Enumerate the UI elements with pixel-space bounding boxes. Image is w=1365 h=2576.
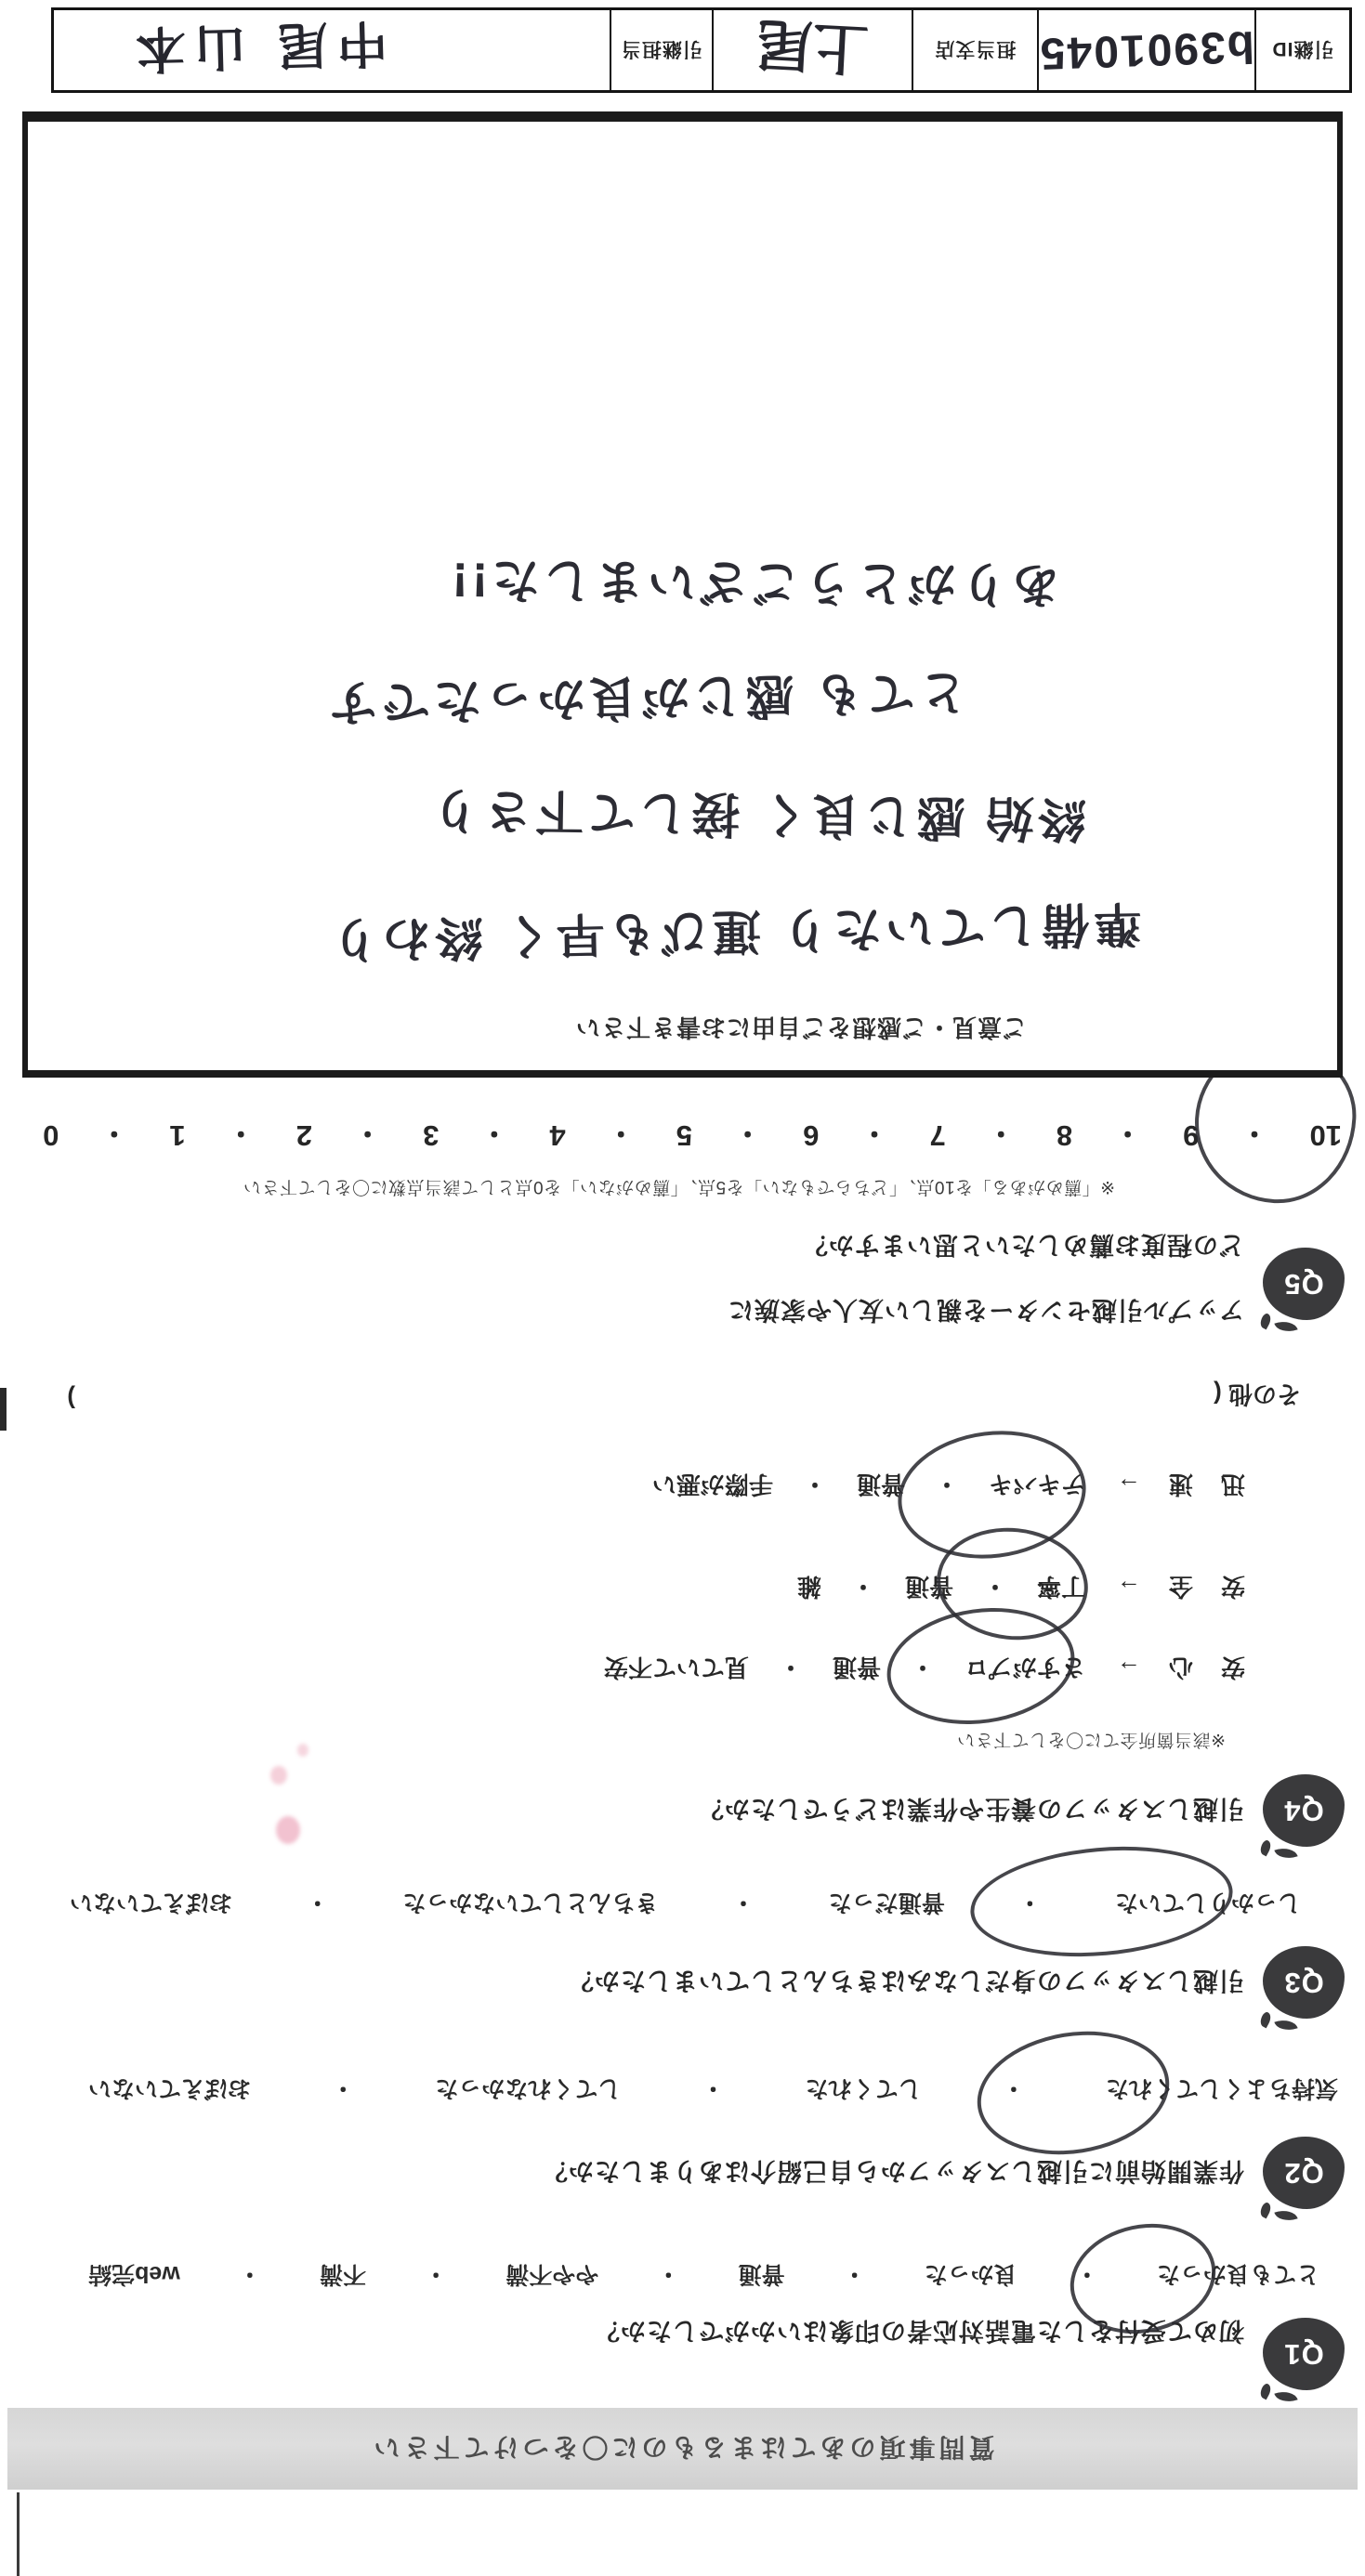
dot-separator: ・ [803, 1469, 827, 1503]
scan-artifact-dash [0, 1388, 7, 1431]
scale-7: 7 [929, 1119, 945, 1153]
dot-separator: ・ [332, 2073, 355, 2107]
instruction-text: 質問事項のあてはまるものに〇をつけて下さい [371, 2430, 995, 2467]
branch-label: 担当支店 [934, 36, 1016, 64]
q1-option-2: 普通 [738, 2259, 784, 2293]
q1-badge: Q1 [1263, 2318, 1345, 2390]
dot-separator: ・ [732, 1888, 755, 1921]
q2-option-1: してくれた [806, 2073, 922, 2107]
branch-handwritten: 上尾 [755, 7, 870, 93]
q4-row-anshin-option-2: 見ていて不安 [604, 1652, 749, 1686]
handover-id-label-cell: 引継ID [1256, 10, 1349, 90]
q2-option-3: おぼえていない [88, 2073, 251, 2107]
arrow-icon: → [1117, 1574, 1141, 1602]
q3-option-3: おぼえていない [70, 1888, 232, 1921]
dot-separator: ・ [851, 1571, 875, 1605]
scale-3: 3 [423, 1119, 439, 1153]
dot-separator: ・ [843, 2259, 866, 2293]
scale-1: 1 [169, 1119, 185, 1153]
pink-smudge [276, 1816, 300, 1844]
dot-separator: ・ [353, 1115, 382, 1157]
q2-option-2: してくれなかった [435, 2073, 621, 2107]
scale-0: 0 [43, 1119, 59, 1153]
scan-artifact-line [17, 2492, 20, 2576]
handwritten-comment-line-2: 終始 感じ良く 接して下さり [427, 779, 1087, 858]
instruction-bar: 質問事項のあてはまるものに〇をつけて下さい [7, 2408, 1358, 2490]
dot-separator: ・ [733, 1115, 762, 1157]
staff-label: 引継担当 [621, 36, 702, 64]
scale-4: 4 [549, 1119, 565, 1153]
q3-badge-label: Q3 [1283, 1966, 1323, 1999]
q5-badge-label: Q5 [1283, 1267, 1323, 1301]
dot-separator: ・ [657, 2259, 680, 2293]
dot-separator: ・ [479, 1115, 508, 1157]
branch-value-cell: 上尾 [714, 10, 913, 90]
dot-separator: ・ [425, 2259, 448, 2293]
staff-table: 引継ID b3901045 担当支店 上尾 引継担当 中尾 山本 [51, 7, 1352, 93]
handover-id-label: 引継ID [1272, 36, 1334, 64]
scanned-questionnaire: { "instruction_bar": "質問事項のあてはまるものに〇をつけて… [0, 0, 1365, 2576]
dot-separator: ・ [860, 1115, 888, 1157]
scale-6: 6 [803, 1119, 819, 1153]
q5-question-line2: どの程度お薦めしたいと思いますか？ [802, 1229, 1244, 1265]
q2-badge-label: Q2 [1283, 2156, 1323, 2190]
handover-id-handwritten: b3901045 [1038, 20, 1255, 79]
staff-name-handwritten: 中尾 山本 [125, 11, 388, 89]
q3-option-1: 普通だった [829, 1888, 945, 1921]
handwritten-comment-line-3: とても 感じが良かったです [325, 661, 968, 742]
q2-badge: Q2 [1263, 2137, 1345, 2209]
q2-answer-circle [968, 2019, 1178, 2168]
q3-badge: Q3 [1263, 1946, 1345, 2019]
q5-score-scale: 10 ・ 9 ・ 8 ・ 7 ・ 6 ・ 5 ・ 4 ・ 3 ・ 2 ・ 1 ・… [43, 1115, 1342, 1157]
dot-separator: ・ [227, 1115, 256, 1157]
q1-option-3: やや不満 [505, 2259, 598, 2293]
q4-other-close-paren: ) [67, 1384, 75, 1413]
branch-label-cell: 担当支店 [913, 10, 1039, 90]
q1-badge-label: Q1 [1283, 2337, 1323, 2371]
pink-smudge [270, 1766, 287, 1785]
dot-separator: ・ [1113, 1115, 1142, 1157]
q4-question: 引越しスタッフの養生や作業はどうでしたか？ [698, 1793, 1244, 1829]
staff-value-cell: 中尾 山本 [17, 10, 611, 90]
scale-8: 8 [1057, 1119, 1072, 1153]
scale-5: 5 [676, 1119, 692, 1153]
q4-badge: Q4 [1263, 1774, 1345, 1847]
handwritten-comment-line-4: ありがとうございました!! [448, 549, 1060, 624]
q5-badge: Q5 [1263, 1248, 1345, 1320]
scale-2: 2 [296, 1119, 312, 1153]
comment-box-label: ご意見・ご感想をご自由にお書き下さい [575, 1012, 1027, 1046]
q4-row-anzen-option-2: 雑 [797, 1571, 821, 1605]
dot-separator: ・ [987, 1115, 1016, 1157]
q4-note: ※該当箇所全てに〇をして下さい [957, 1729, 1226, 1754]
rotated-scan-sheet: 質問事項のあてはまるものに〇をつけて下さい Q1 初めて受付をした電話対応者の印… [0, 0, 1365, 2576]
handover-id-value-cell: b3901045 [1039, 10, 1256, 90]
q3-answer-circle [965, 1837, 1237, 1967]
q1-option-4: 不満 [320, 2259, 366, 2293]
dot-separator: ・ [779, 1652, 803, 1686]
q2-question: 作業開始前に引越しスタッフから自己紹介はありましたか？ [542, 2155, 1244, 2191]
q5-note: ※「薦めがある」を10点、「どちらでもない」を5点、「薦めがない」を0点として該… [243, 1176, 1115, 1201]
q3-option-2: きちんとしていなかった [402, 1888, 658, 1921]
q4-other-label: その他 ( [1214, 1379, 1301, 1413]
q4-badge-label: Q4 [1283, 1794, 1323, 1827]
pink-smudge [297, 1744, 308, 1757]
q4-row-anshin-option-1: 普通 [833, 1652, 881, 1686]
q4-row-anzen-label: 安全 [1141, 1571, 1245, 1605]
q1-option-1: 良かった [925, 2259, 1017, 2293]
q4-row-anshin-label: 安心 [1141, 1652, 1245, 1686]
dot-separator: ・ [702, 2073, 725, 2107]
q5-question-line1: アップル引越センターを親しい友人や家族に [728, 1294, 1244, 1330]
dot-separator: ・ [607, 1115, 636, 1157]
q4-row-jinsoku-option-2: 手際が悪い [652, 1469, 773, 1503]
staff-label-cell: 引継担当 [611, 10, 714, 90]
q3-question: 引越しスタッフの身だしなみはきちんとしていましたか？ [568, 1965, 1244, 2001]
q4-row-jinsoku-label: 迅速 [1141, 1469, 1245, 1503]
dot-separator: ・ [306, 1888, 329, 1921]
arrow-icon: → [1117, 1471, 1141, 1500]
dot-separator: ・ [99, 1115, 128, 1157]
dot-separator: ・ [238, 2259, 261, 2293]
q1-option-5: web完結 [88, 2259, 180, 2293]
arrow-icon: → [1117, 1654, 1141, 1683]
